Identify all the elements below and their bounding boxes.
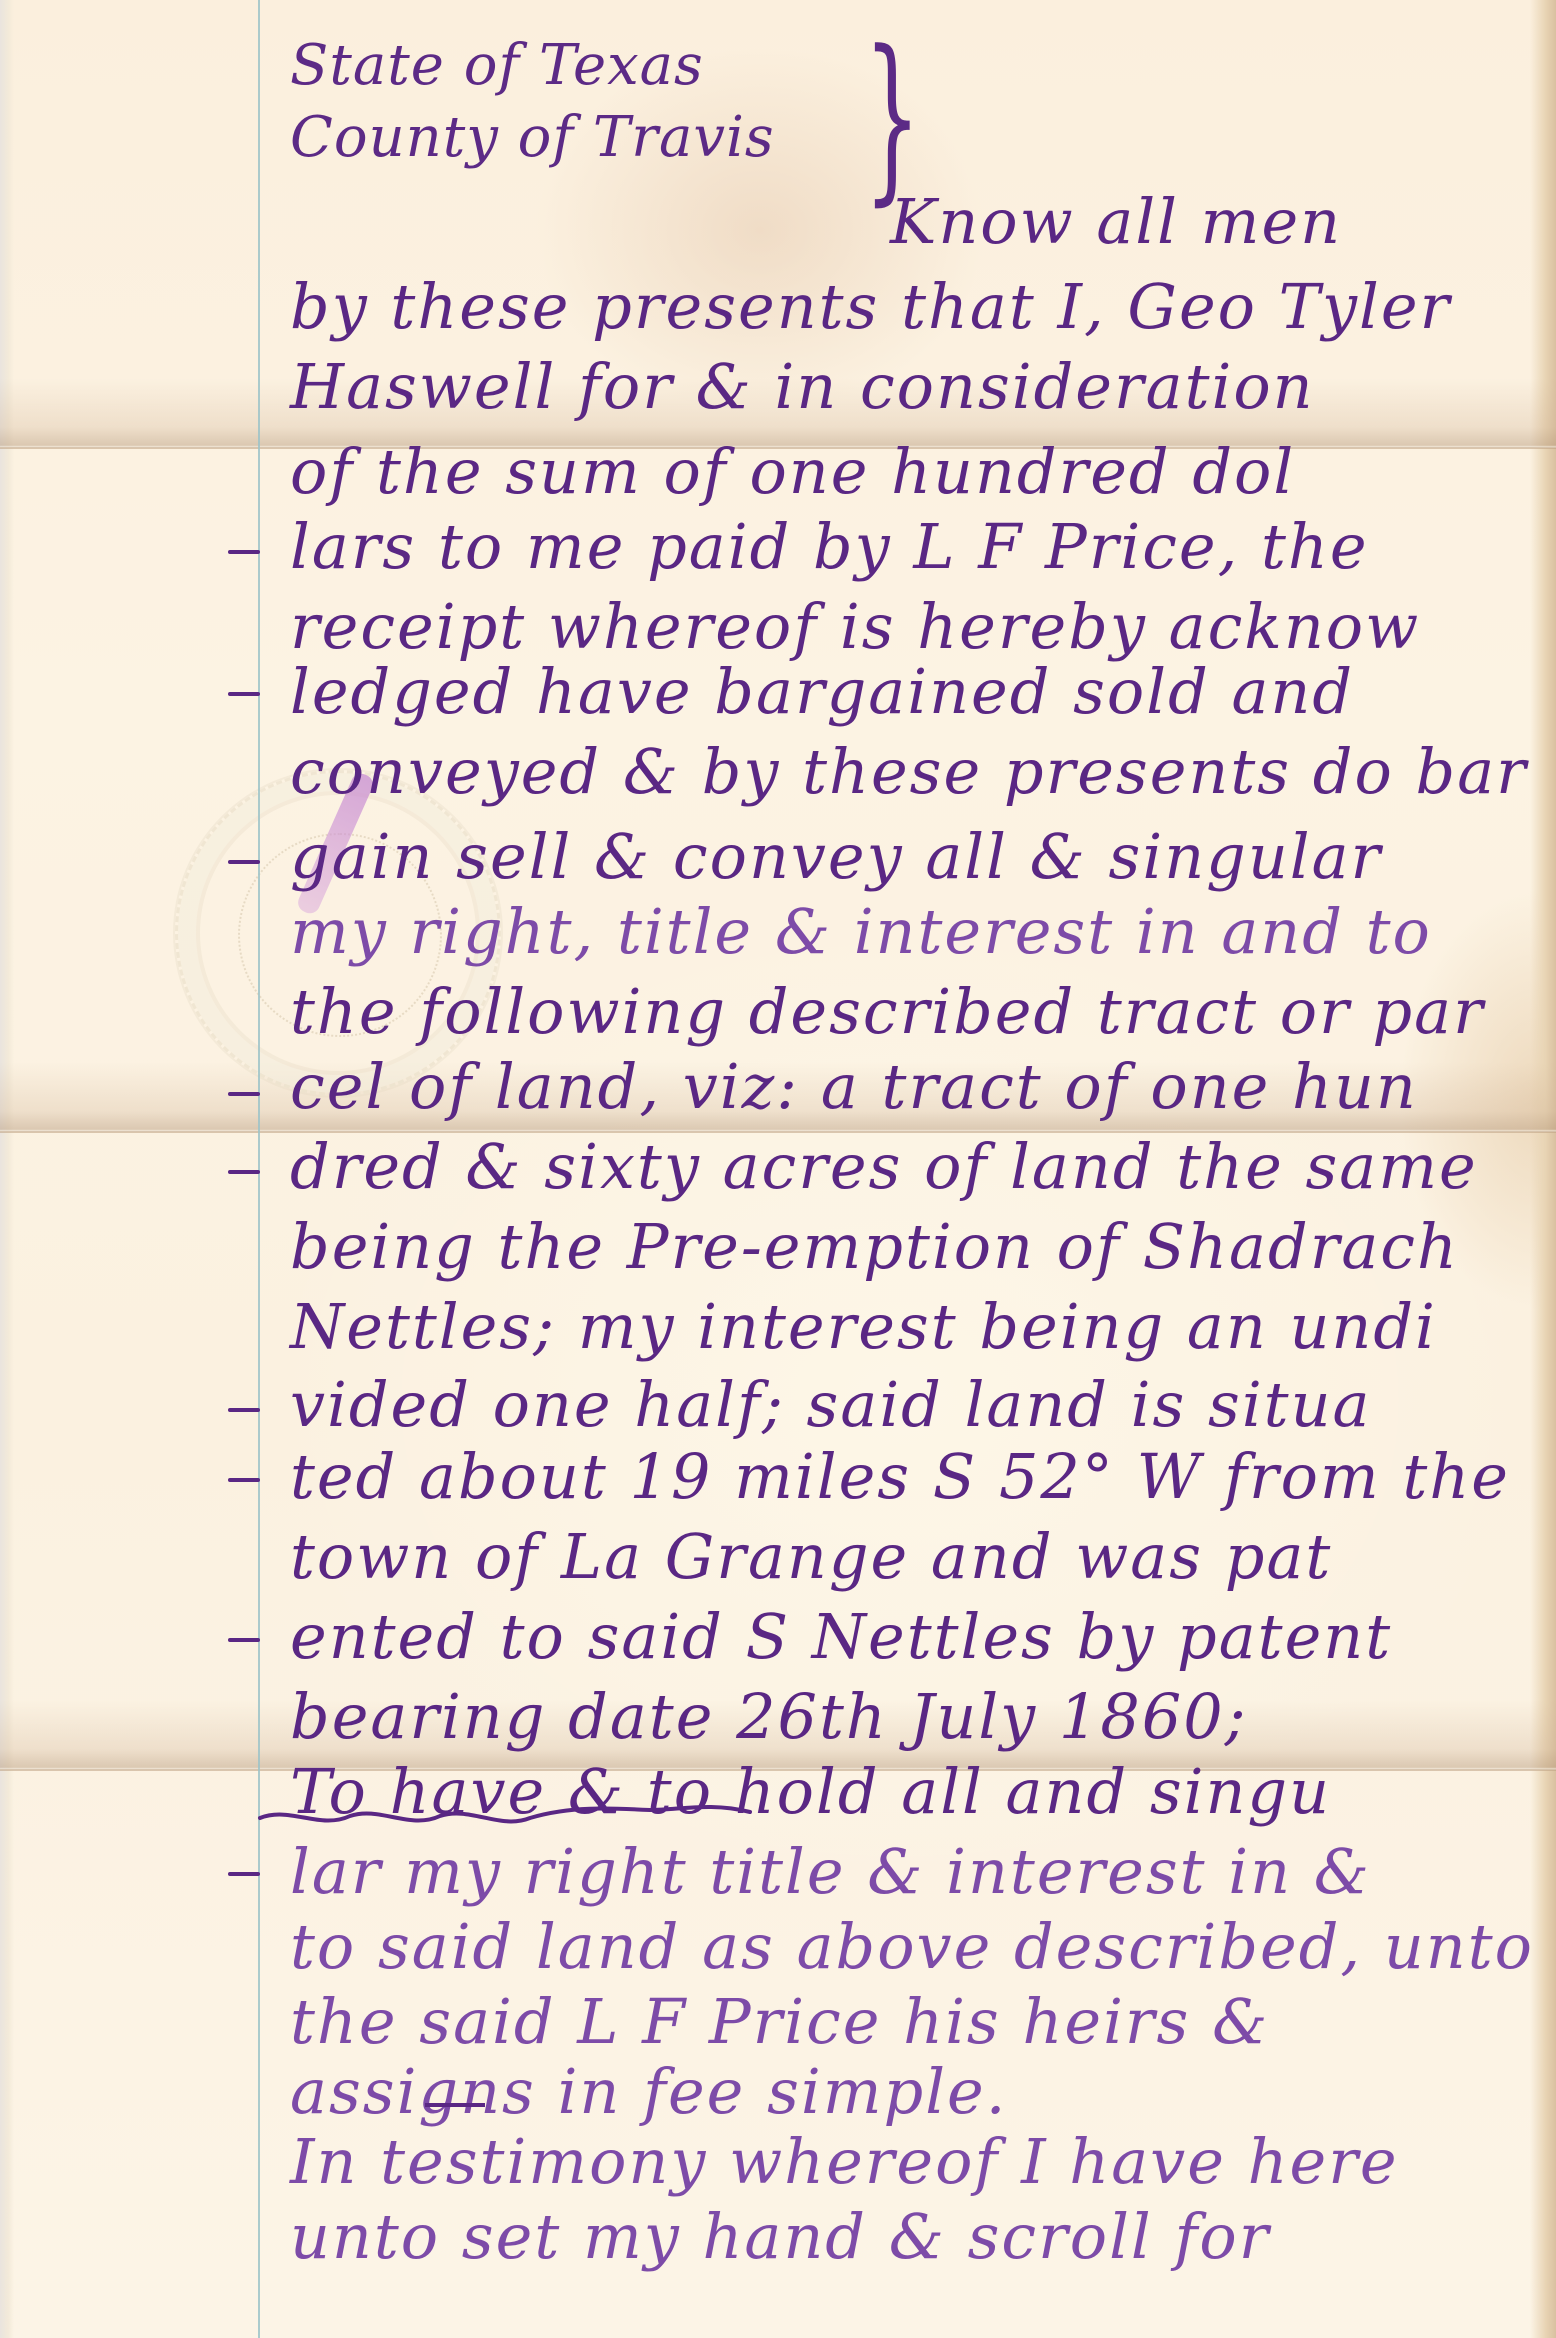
deed-line: being the Pre-emption of Shadrach [290,1210,1459,1283]
margin-dash [228,1092,260,1096]
deed-line: of the sum of one hundred dol [290,435,1295,508]
venue-brace-icon: } [864,28,921,208]
deed-line: ted about 19 miles S 52° W from the [290,1440,1510,1513]
deed-line: vided one half; said land is situa [290,1368,1372,1441]
paper-left-edge [0,0,14,2338]
deed-line: bearing date 26th July 1860; [290,1680,1248,1753]
habendum-underline-squiggle [250,1800,770,1840]
margin-dash [228,1170,260,1174]
deed-line: Know all men [890,185,1342,258]
margin-dash [228,550,260,554]
deed-line: assigns in fee simple. [290,2055,1007,2128]
county-heading: County of Travis [290,102,775,174]
margin-dash [228,1872,260,1876]
deed-line: by these presents that I, Geo Tyler [290,270,1451,343]
deed-line: gain sell & convey all & singular [290,820,1382,893]
margin-dash [228,1408,260,1412]
deed-line: Haswell for & in consideration [290,350,1315,423]
deed-line: lar my right title & interest in & [290,1835,1371,1908]
margin-dash [228,692,260,696]
deed-line: the said L F Price his heirs & [290,1985,1269,2058]
deed-page: State of Texas County of Travis } Know a… [0,0,1556,2338]
deed-line: to said land as above described, unto [290,1910,1534,1983]
paper-right-edge [1530,0,1556,2338]
deed-line: the following described tract or par [290,975,1485,1048]
deed-line: receipt whereof is hereby acknow [290,590,1420,663]
deed-line: conveyed & by these presents do bar [290,735,1528,808]
deed-line: In testimony whereof I have here [290,2125,1399,2198]
margin-rule-line [258,0,260,2338]
state-heading: State of Texas [290,30,775,102]
margin-dash [228,1638,260,1642]
deed-line: cel of land, viz: a tract of one hun [290,1050,1418,1123]
deed-line: town of La Grange and was pat [290,1520,1332,1593]
deed-line: ented to said S Nettles by patent [290,1600,1392,1673]
deed-line: dred & sixty acres of land the same [290,1130,1478,1203]
margin-dash [228,1478,260,1482]
margin-dash [228,860,260,864]
deed-line: my right, title & interest in and to [290,895,1432,968]
deed-line: ledged have bargained sold and [290,655,1354,728]
deed-line: Nettles; my interest being an undi [290,1290,1437,1363]
venue-header: State of Texas County of Travis [290,30,775,174]
deed-line: lars to me paid by L F Price, the [290,510,1369,583]
fee-underline [425,2103,485,2107]
deed-line: unto set my hand & scroll for [290,2200,1270,2273]
